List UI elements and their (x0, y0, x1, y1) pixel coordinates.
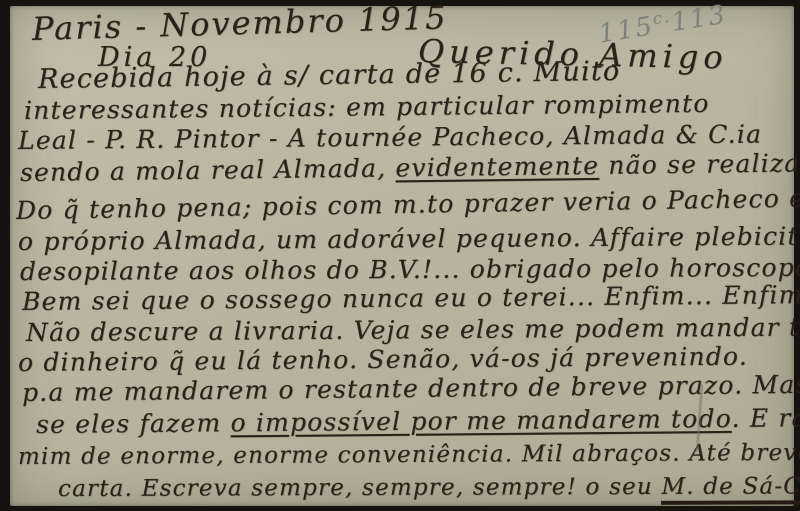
line-segment: . E ra p.a (731, 403, 800, 433)
manuscript-line: se eles fazem o impossível por me mandar… (36, 403, 800, 439)
line-segment: não se realiza. (599, 148, 800, 180)
manuscript-line: sendo a mola real Almada, evidentemente … (20, 148, 800, 187)
underlined-phrase: o impossível por me mandarem todo (230, 404, 731, 437)
scan-background: 115c.113 Paris - Novembro 1915 Querido A… (0, 0, 800, 511)
manuscript-line: carta. Escreva sempre, sempre, sempre! o… (58, 473, 800, 502)
manuscript-line: Bem sei que o sossego nunca eu o terei..… (22, 280, 800, 316)
manuscript-line: interessantes notícias: em particular ro… (24, 89, 710, 125)
dateline: Paris - Novembro 1915 (31, 0, 447, 48)
manuscript-line: o próprio Almada, um adorável pequeno. A… (18, 221, 800, 256)
line-segment: se eles fazem (36, 408, 231, 439)
line-segment: sendo a mola real Almada, (20, 153, 396, 187)
underlined-phrase: evidentemente (395, 151, 599, 182)
postcard: 115c.113 Paris - Novembro 1915 Querido A… (10, 6, 794, 506)
archival-number-suffix: 113 (669, 0, 729, 38)
signature: M. de Sá-Carneiro (661, 473, 800, 505)
line-segment: carta. Escreva sempre, sempre, sempre! o… (58, 474, 662, 502)
manuscript-line: Do q̃ tenho pena; pois com m.to prazer v… (16, 184, 800, 225)
manuscript-line: mim de enorme, enorme conveniência. Mil … (18, 439, 800, 470)
